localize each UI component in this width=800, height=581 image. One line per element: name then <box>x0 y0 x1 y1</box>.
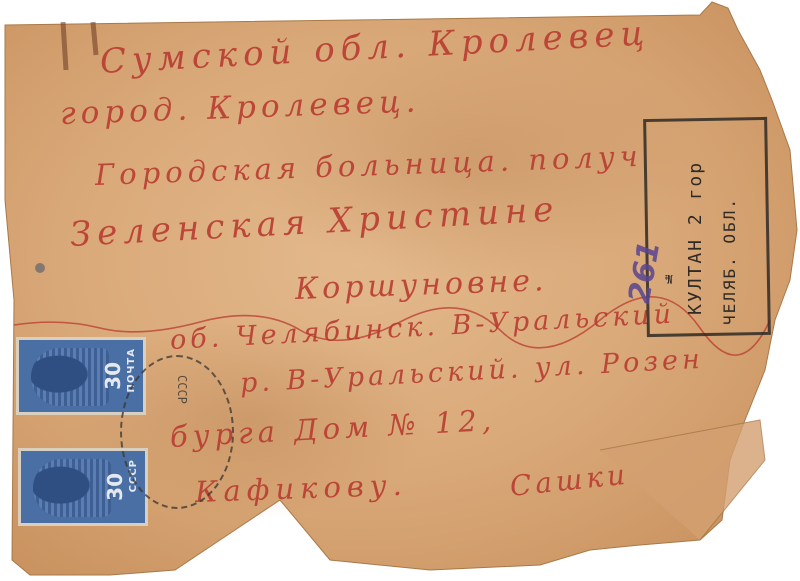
postmark-text: СССР <box>175 375 189 404</box>
stamp-pilot-figure <box>31 348 109 406</box>
registration-stamp-line1: КУЛТАН 2 гор <box>685 125 706 315</box>
registration-stamp-box <box>643 117 771 337</box>
stamp-pilot-figure <box>33 459 111 517</box>
registration-stamp-line3: № <box>662 270 676 286</box>
registration-stamp-line2: ЧЕЛЯБ. ОБЛ. <box>720 135 739 325</box>
stamp-denomination: 30 <box>103 473 127 501</box>
stamp-denomination: 30 <box>101 362 125 390</box>
envelope: Сумской обл. Кролевец город. Кролевец. Г… <box>0 0 800 581</box>
